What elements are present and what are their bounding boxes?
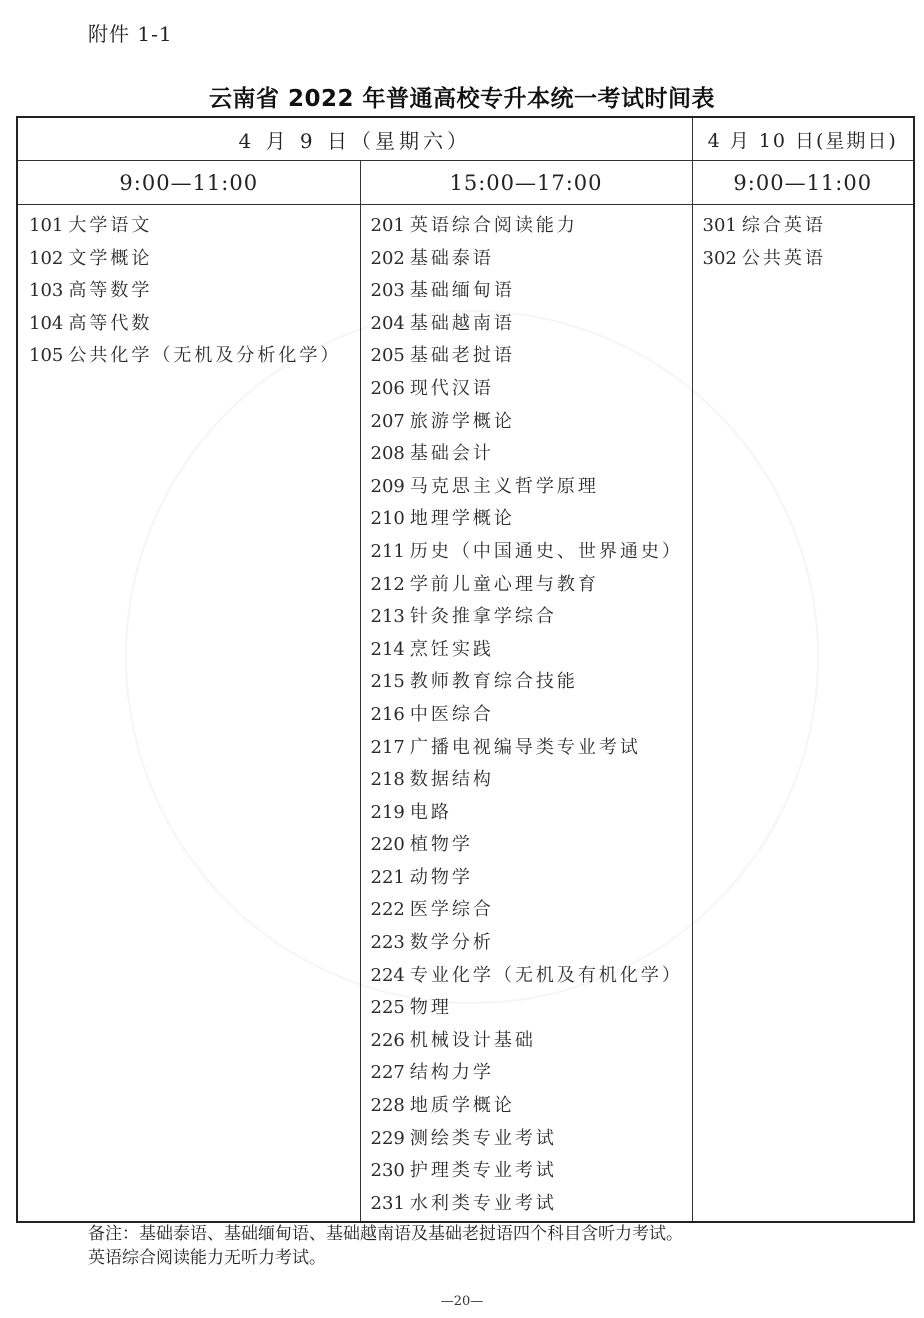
subject-code: 207 (371, 411, 405, 432)
subject-code: 209 (371, 476, 405, 497)
subject-name: 基础缅甸语 (410, 280, 515, 301)
note-line: 备注：基础泰语、基础缅甸语、基础越南语及基础老挝语四个科目含听力考试。 (88, 1222, 683, 1246)
subject-item: 217广播电视编导类专业考试 (371, 732, 692, 765)
subject-item: 216中医综合 (371, 699, 692, 732)
subject-name: 英语综合阅读能力 (410, 215, 578, 236)
session-subject-list: 201英语综合阅读能力202基础泰语203基础缅甸语204基础越南语205基础老… (360, 205, 692, 1223)
subject-name: 结构力学 (410, 1062, 494, 1083)
subject-name: 中医综合 (410, 704, 494, 725)
date-header-row: 4 月 9 日（星期六） 4 月 10 日(星期日) (17, 117, 914, 161)
subject-item: 221动物学 (371, 862, 692, 895)
subject-code: 202 (371, 248, 405, 269)
time-slot-header: 15:00—17:00 (360, 161, 692, 205)
subject-code: 211 (371, 541, 405, 562)
subject-item: 212学前儿童心理与教育 (371, 569, 692, 602)
subject-name: 综合英语 (742, 215, 826, 236)
subject-code: 204 (371, 313, 405, 334)
subject-code: 217 (371, 737, 405, 758)
date-header-apr10: 4 月 10 日(星期日) (692, 117, 914, 161)
subject-item: 214烹饪实践 (371, 634, 692, 667)
subject-item: 219电路 (371, 797, 692, 830)
date-header-apr9: 4 月 9 日（星期六） (17, 117, 692, 161)
subject-item: 208基础会计 (371, 438, 692, 471)
subject-code: 301 (703, 215, 737, 236)
subject-code: 221 (371, 867, 405, 888)
subject-item: 224专业化学（无机及有机化学） (371, 960, 692, 993)
subject-item: 202基础泰语 (371, 243, 692, 276)
subject-code: 104 (29, 313, 63, 334)
subject-name: 医学综合 (410, 899, 494, 920)
subject-code: 105 (29, 345, 63, 366)
subject-name: 文学概论 (68, 248, 152, 269)
subject-name: 高等数学 (68, 280, 152, 301)
subject-name: 电路 (410, 802, 452, 823)
session-subject-list: 101大学语文102文学概论103高等数学104高等代数105公共化学（无机及分… (17, 205, 360, 1223)
subject-item: 302公共英语 (703, 243, 914, 276)
subject-item: 211历史（中国通史、世界通史） (371, 536, 692, 569)
subject-code: 215 (371, 671, 405, 692)
subject-code: 219 (371, 802, 405, 823)
subject-name: 地理学概论 (410, 508, 515, 529)
subject-code: 208 (371, 443, 405, 464)
subject-name: 机械设计基础 (410, 1030, 536, 1051)
subject-name: 专业化学（无机及有机化学） (410, 965, 683, 986)
subject-item: 102文学概论 (29, 243, 360, 276)
subject-name: 广播电视编导类专业考试 (410, 737, 641, 758)
page-number: —20— (0, 1294, 924, 1309)
subject-code: 231 (371, 1193, 405, 1214)
subject-item: 222医学综合 (371, 894, 692, 927)
subject-code: 205 (371, 345, 405, 366)
subject-name: 基础会计 (410, 443, 494, 464)
subject-item: 210地理学概论 (371, 503, 692, 536)
subject-code: 101 (29, 215, 63, 236)
exam-schedule-table: 4 月 9 日（星期六） 4 月 10 日(星期日) 9:00—11:00 15… (16, 116, 915, 1223)
subject-name: 旅游学概论 (410, 411, 515, 432)
subject-name: 学前儿童心理与教育 (410, 574, 599, 595)
subject-code: 230 (371, 1160, 405, 1181)
subject-name: 护理类专业考试 (410, 1160, 557, 1181)
subject-code: 222 (371, 899, 405, 920)
subject-code: 102 (29, 248, 63, 269)
subject-item: 103高等数学 (29, 275, 360, 308)
subject-item: 101大学语文 (29, 210, 360, 243)
subject-name: 烹饪实践 (410, 639, 494, 660)
subject-item: 105公共化学（无机及分析化学） (29, 340, 360, 373)
notes-block: 备注：基础泰语、基础缅甸语、基础越南语及基础老挝语四个科目含听力考试。 英语综合… (88, 1222, 683, 1270)
subject-code: 223 (371, 932, 405, 953)
session-subject-list: 301综合英语302公共英语 (692, 205, 914, 1223)
subject-name: 动物学 (410, 867, 473, 888)
subject-name: 基础越南语 (410, 313, 515, 334)
subject-item: 201英语综合阅读能力 (371, 210, 692, 243)
subject-item: 229测绘类专业考试 (371, 1123, 692, 1156)
subject-name: 测绘类专业考试 (410, 1128, 557, 1149)
note-line: 英语综合阅读能力无听力考试。 (88, 1246, 683, 1270)
subjects-row: 101大学语文102文学概论103高等数学104高等代数105公共化学（无机及分… (17, 205, 914, 1223)
subject-item: 215教师教育综合技能 (371, 666, 692, 699)
subject-name: 数据结构 (410, 769, 494, 790)
subject-code: 203 (371, 280, 405, 301)
subject-item: 223数学分析 (371, 927, 692, 960)
subject-name: 大学语文 (68, 215, 152, 236)
subject-name: 公共英语 (742, 248, 826, 269)
subject-code: 225 (371, 997, 405, 1018)
subject-item: 228地质学概论 (371, 1090, 692, 1123)
subject-code: 226 (371, 1030, 405, 1051)
subject-item: 205基础老挝语 (371, 340, 692, 373)
subject-name: 地质学概论 (410, 1095, 515, 1116)
subject-item: 230护理类专业考试 (371, 1155, 692, 1188)
subject-code: 224 (371, 965, 405, 986)
subject-item: 220植物学 (371, 829, 692, 862)
subject-code: 216 (371, 704, 405, 725)
subject-code: 210 (371, 508, 405, 529)
subject-item: 213针灸推拿学综合 (371, 601, 692, 634)
subject-name: 高等代数 (68, 313, 152, 334)
subject-code: 213 (371, 606, 405, 627)
subject-name: 针灸推拿学综合 (410, 606, 557, 627)
subject-code: 201 (371, 215, 405, 236)
subject-code: 218 (371, 769, 405, 790)
subject-item: 218数据结构 (371, 764, 692, 797)
subject-item: 204基础越南语 (371, 308, 692, 341)
subject-name: 公共化学（无机及分析化学） (68, 345, 341, 366)
subject-code: 302 (703, 248, 737, 269)
subject-name: 历史（中国通史、世界通史） (410, 541, 683, 562)
subject-code: 228 (371, 1095, 405, 1116)
subject-code: 214 (371, 639, 405, 660)
subject-item: 104高等代数 (29, 308, 360, 341)
subject-item: 206现代汉语 (371, 373, 692, 406)
subject-name: 水利类专业考试 (410, 1193, 557, 1214)
subject-name: 基础老挝语 (410, 345, 515, 366)
subject-item: 301综合英语 (703, 210, 914, 243)
time-slot-header: 9:00—11:00 (692, 161, 914, 205)
subject-code: 229 (371, 1128, 405, 1149)
subject-item: 203基础缅甸语 (371, 275, 692, 308)
subject-item: 225物理 (371, 992, 692, 1025)
subject-item: 226机械设计基础 (371, 1025, 692, 1058)
subject-code: 220 (371, 834, 405, 855)
attachment-label: 附件 1-1 (88, 18, 173, 47)
subject-name: 基础泰语 (410, 248, 494, 269)
subject-code: 206 (371, 378, 405, 399)
subject-item: 231水利类专业考试 (371, 1188, 692, 1221)
time-slot-header: 9:00—11:00 (17, 161, 360, 205)
page-title: 云南省 2022 年普通高校专升本统一考试时间表 (0, 80, 924, 113)
subject-name: 物理 (410, 997, 452, 1018)
subject-item: 209马克思主义哲学原理 (371, 471, 692, 504)
subject-item: 227结构力学 (371, 1057, 692, 1090)
subject-name: 马克思主义哲学原理 (410, 476, 599, 497)
subject-name: 数学分析 (410, 932, 494, 953)
subject-name: 现代汉语 (410, 378, 494, 399)
subject-item: 207旅游学概论 (371, 406, 692, 439)
subject-name: 植物学 (410, 834, 473, 855)
subject-code: 227 (371, 1062, 405, 1083)
subject-name: 教师教育综合技能 (410, 671, 578, 692)
subject-code: 212 (371, 574, 405, 595)
time-header-row: 9:00—11:00 15:00—17:00 9:00—11:00 (17, 161, 914, 205)
subject-code: 103 (29, 280, 63, 301)
